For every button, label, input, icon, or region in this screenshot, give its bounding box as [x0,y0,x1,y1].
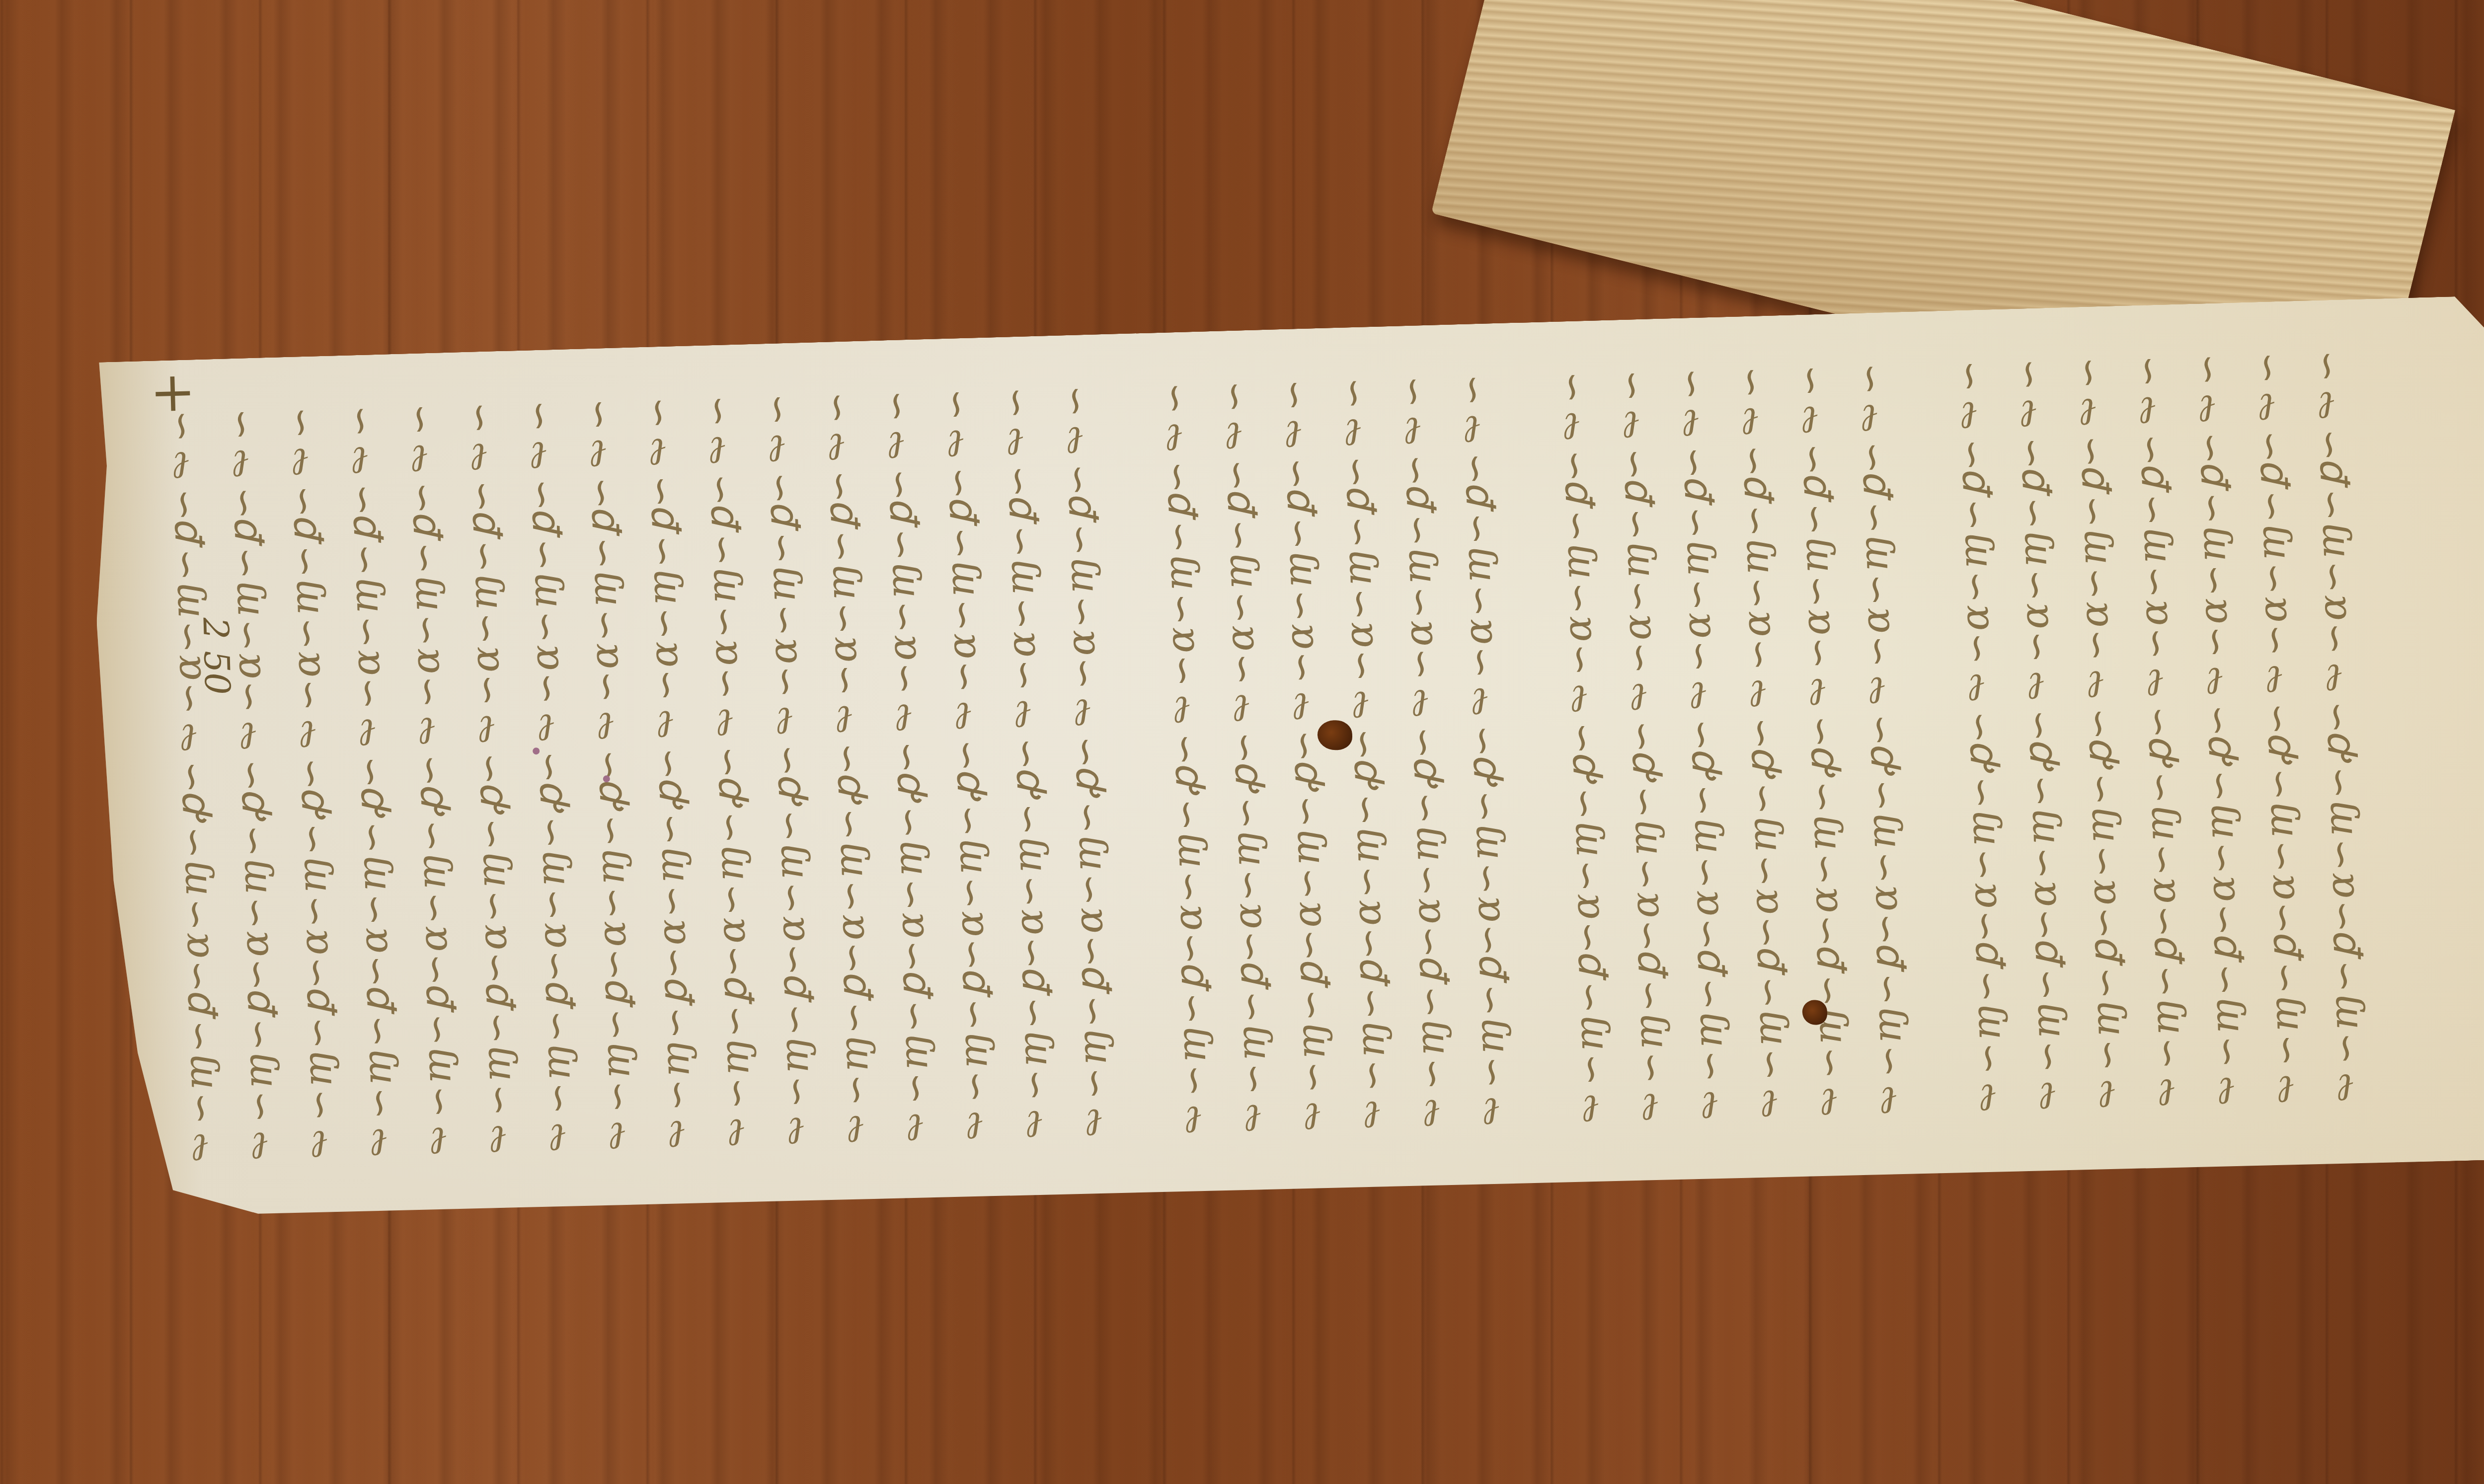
handwritten-text: ℓ∽ɱ∽ꝑ∽ɑ∽ɱ∽ꝓ∽ℓ∽ɑ∽ɱ∽ꝑ∽ℓ∽ɑ∽ɱ∽ℓ∽ɱ∽ꝑ∽ɑ∽ɱ∽ꝓ∽ℓ∽… [151,347,2466,1170]
manuscript-leaf: + 2 50 ℓ∽ɱ∽ꝑ∽ɑ∽ɱ∽ꝓ∽ℓ∽ɑ∽ɱ∽ꝑ∽ℓ∽ɑ∽ɱ∽ℓ∽ɱ∽ꝑ∽ɑ… [89,295,2484,1226]
